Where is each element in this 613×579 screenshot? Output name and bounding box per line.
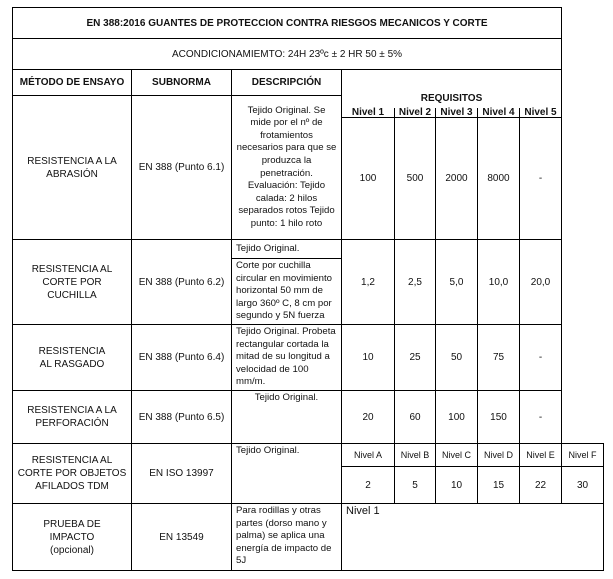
row-tdm-description: Tejido Original.	[231, 443, 342, 504]
tdm-level-header-c: Nivel C	[435, 443, 478, 467]
table-title: EN 388:2016 GUANTES DE PROTECCION CONTRA…	[12, 7, 562, 39]
tdm-value-c: 10	[435, 466, 478, 504]
header-method: MÉTODO DE ENSAYO	[12, 69, 132, 96]
puncture-value-5: -	[519, 390, 562, 444]
puncture-value-3: 100	[435, 390, 478, 444]
row-blade-cut-description: Corte por cuchilla circular en movimient…	[231, 258, 342, 325]
tear-value-2: 25	[394, 324, 436, 391]
row-abrasion-method: RESISTENCIA A LA ABRASIÓN	[12, 95, 132, 240]
header-subnorm: SUBNORMA	[131, 69, 232, 96]
row-puncture-method: RESISTENCIA A LA PERFORACIÓN	[12, 390, 132, 444]
tdm-value-f: 30	[561, 466, 604, 504]
abrasion-value-1: 100	[341, 117, 395, 240]
row-tear-subnorm: EN 388 (Punto 6.4)	[131, 324, 232, 391]
tdm-value-e: 22	[519, 466, 562, 504]
puncture-value-1: 20	[341, 390, 395, 444]
blade-cut-value-2: 2,5	[394, 239, 436, 325]
row-impact-method: PRUEBA DE IMPACTO (opcional)	[12, 503, 132, 571]
puncture-value-2: 60	[394, 390, 436, 444]
row-abrasion-description: Tejido Original. Se mide por el nº de fr…	[231, 95, 342, 240]
abrasion-value-3: 2000	[435, 117, 478, 240]
abrasion-value-4: 8000	[477, 117, 520, 240]
header-description: DESCRIPCIÓN	[231, 69, 342, 96]
row-blade-cut-subnorm: EN 388 (Punto 6.2)	[131, 239, 232, 325]
tdm-value-a: 2	[341, 466, 395, 504]
header-requirements: REQUISITOS	[341, 69, 562, 109]
row-tear-description: Tejido Original. Probeta rectangular cor…	[231, 324, 342, 391]
row-tdm-subnorm: EN ISO 13997	[131, 443, 232, 504]
tdm-value-b: 5	[394, 466, 436, 504]
tear-value-5: -	[519, 324, 562, 391]
row-impact-description: Para rodillas y otras partes (dorso mano…	[231, 503, 342, 571]
blade-cut-value-3: 5,0	[435, 239, 478, 325]
tdm-level-header-b: Nivel B	[394, 443, 436, 467]
blade-cut-value-1: 1,2	[341, 239, 395, 325]
tear-value-4: 75	[477, 324, 520, 391]
tdm-level-header-a: Nivel A	[341, 443, 395, 467]
row-puncture-description: Tejido Original.	[231, 390, 342, 444]
row-puncture-subnorm: EN 388 (Punto 6.5)	[131, 390, 232, 444]
row-tear-method: RESISTENCIA AL RASGADO	[12, 324, 132, 391]
abrasion-value-2: 500	[394, 117, 436, 240]
row-abrasion-subnorm: EN 388 (Punto 6.1)	[131, 95, 232, 240]
row-impact-requirement: Nivel 1	[341, 503, 604, 571]
tear-value-1: 10	[341, 324, 395, 391]
puncture-value-4: 150	[477, 390, 520, 444]
row-impact-subnorm: EN 13549	[131, 503, 232, 571]
tdm-value-d: 15	[477, 466, 520, 504]
blade-cut-value-4: 10,0	[477, 239, 520, 325]
tear-value-3: 50	[435, 324, 478, 391]
tdm-level-header-f: Nivel F	[561, 443, 604, 467]
tdm-level-header-e: Nivel E	[519, 443, 562, 467]
row-blade-cut-method: RESISTENCIA AL CORTE POR CUCHILLA	[12, 239, 132, 325]
abrasion-value-5: -	[519, 117, 562, 240]
row-blade-cut-description-top: Tejido Original.	[231, 239, 342, 259]
blade-cut-value-5: 20,0	[519, 239, 562, 325]
row-tdm-method: RESISTENCIA AL CORTE POR OBJETOS AFILADO…	[12, 443, 132, 504]
conditioning-note: ACONDICIONAMIEMTO: 24H 23ºc ± 2 HR 50 ± …	[12, 38, 562, 70]
tdm-level-header-d: Nivel D	[477, 443, 520, 467]
